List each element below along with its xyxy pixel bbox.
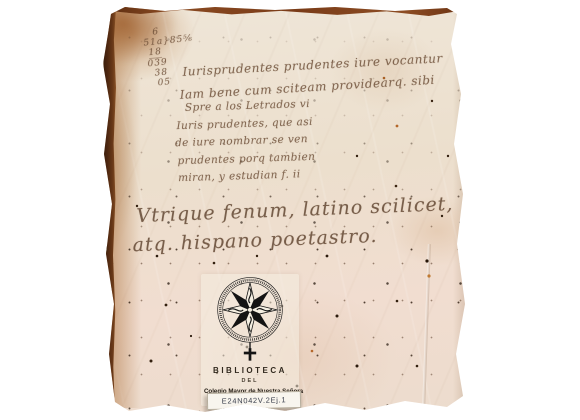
ink-flecks [95, 4, 97, 6]
dominican-cross-emblem [216, 276, 284, 365]
bookplate-library-word: BIBLIOTECA [201, 366, 299, 375]
photograph: 651a}85⅚180393805 Iurisprudentes prudent… [0, 0, 580, 420]
spine-knot [96, 201, 110, 218]
book-spine-edge [101, 8, 116, 407]
bookplate-del-word: DEL [201, 378, 299, 384]
library-bookplate: BIBLIOTECA DEL Colegio Mayor de Nuestra … [201, 274, 299, 406]
call-number-text: E24N042V.2Ej.1 [222, 395, 287, 405]
rust-flecks [95, 4, 97, 6]
ledger-line: 51a}85⅚ [143, 34, 194, 49]
call-number-label: E24N042V.2Ej.1 [207, 391, 301, 410]
pendant-cross [244, 342, 256, 360]
manuscript-page: 651a}85⅚180393805 Iurisprudentes prudent… [95, 4, 467, 416]
spanish-note: Spre a los Letrados viIuris prudentes, q… [176, 96, 316, 188]
latin-motto: Vtrique fenum, latino scilicet,atq. hisp… [136, 190, 455, 260]
